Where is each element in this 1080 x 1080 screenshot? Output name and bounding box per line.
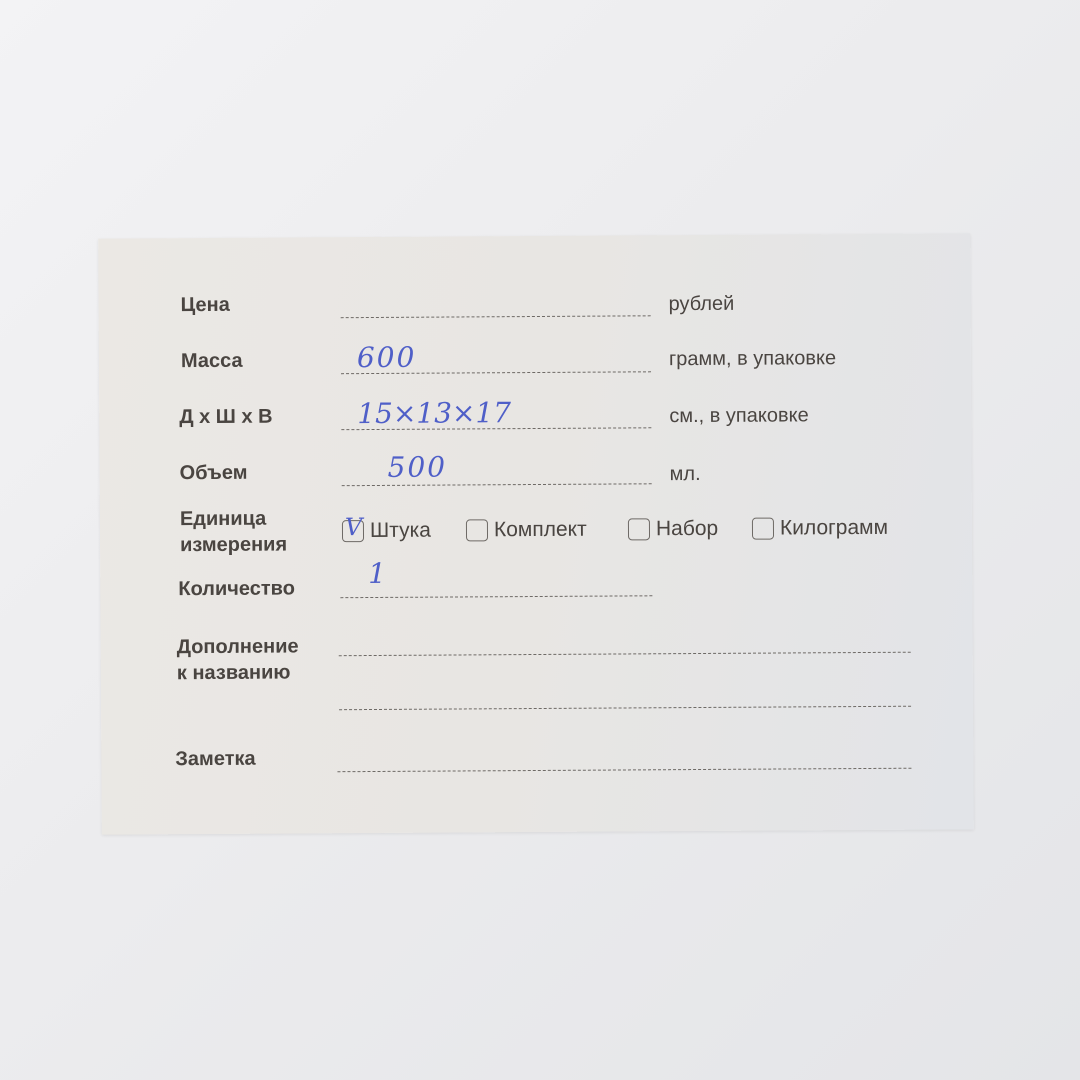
price-unit: рублей <box>669 293 735 316</box>
mass-unit: грамм, в упаковке <box>669 347 836 371</box>
unit-label-line1: Единица <box>180 506 267 533</box>
mass-label: Масса <box>181 348 243 374</box>
price-field[interactable] <box>341 315 651 318</box>
addition-field-line1[interactable] <box>339 652 911 656</box>
quantity-value[interactable]: 1 <box>368 557 388 590</box>
note-label: Заметка <box>175 746 255 772</box>
volume-value[interactable]: 500 <box>387 451 447 484</box>
dimensions-label: Д х Ш х В <box>179 404 272 431</box>
checkbox[interactable] <box>466 519 488 541</box>
addition-label-line2: к названию <box>177 660 291 687</box>
unit-label-line2: измерения <box>180 532 287 559</box>
addition-field-line2[interactable] <box>339 706 911 710</box>
mass-value[interactable]: 600 <box>357 341 417 374</box>
volume-unit: мл. <box>670 463 701 486</box>
unit-option-piece[interactable]: V Штука <box>342 519 431 544</box>
addition-label-line1: Дополнение <box>177 633 299 660</box>
quantity-field-line <box>340 595 652 598</box>
dimensions-unit: см., в упаковке <box>669 404 809 428</box>
price-label: Цена <box>181 292 230 318</box>
quantity-label: Количество <box>178 575 295 602</box>
checkbox[interactable] <box>628 518 650 540</box>
volume-label: Объем <box>180 460 248 486</box>
note-field[interactable] <box>337 768 911 773</box>
unit-option-kilogram[interactable]: Килограмм <box>752 516 888 541</box>
checkbox[interactable] <box>752 518 774 540</box>
dimensions-value[interactable]: 15×13×17 <box>357 396 511 430</box>
unit-option-kit[interactable]: Набор <box>628 517 718 542</box>
product-label-card: Цена рублей Масса 600 грамм, в упаковке … <box>98 233 974 834</box>
checkbox-checked[interactable]: V <box>342 520 364 542</box>
unit-option-set[interactable]: Комплект <box>466 518 587 543</box>
